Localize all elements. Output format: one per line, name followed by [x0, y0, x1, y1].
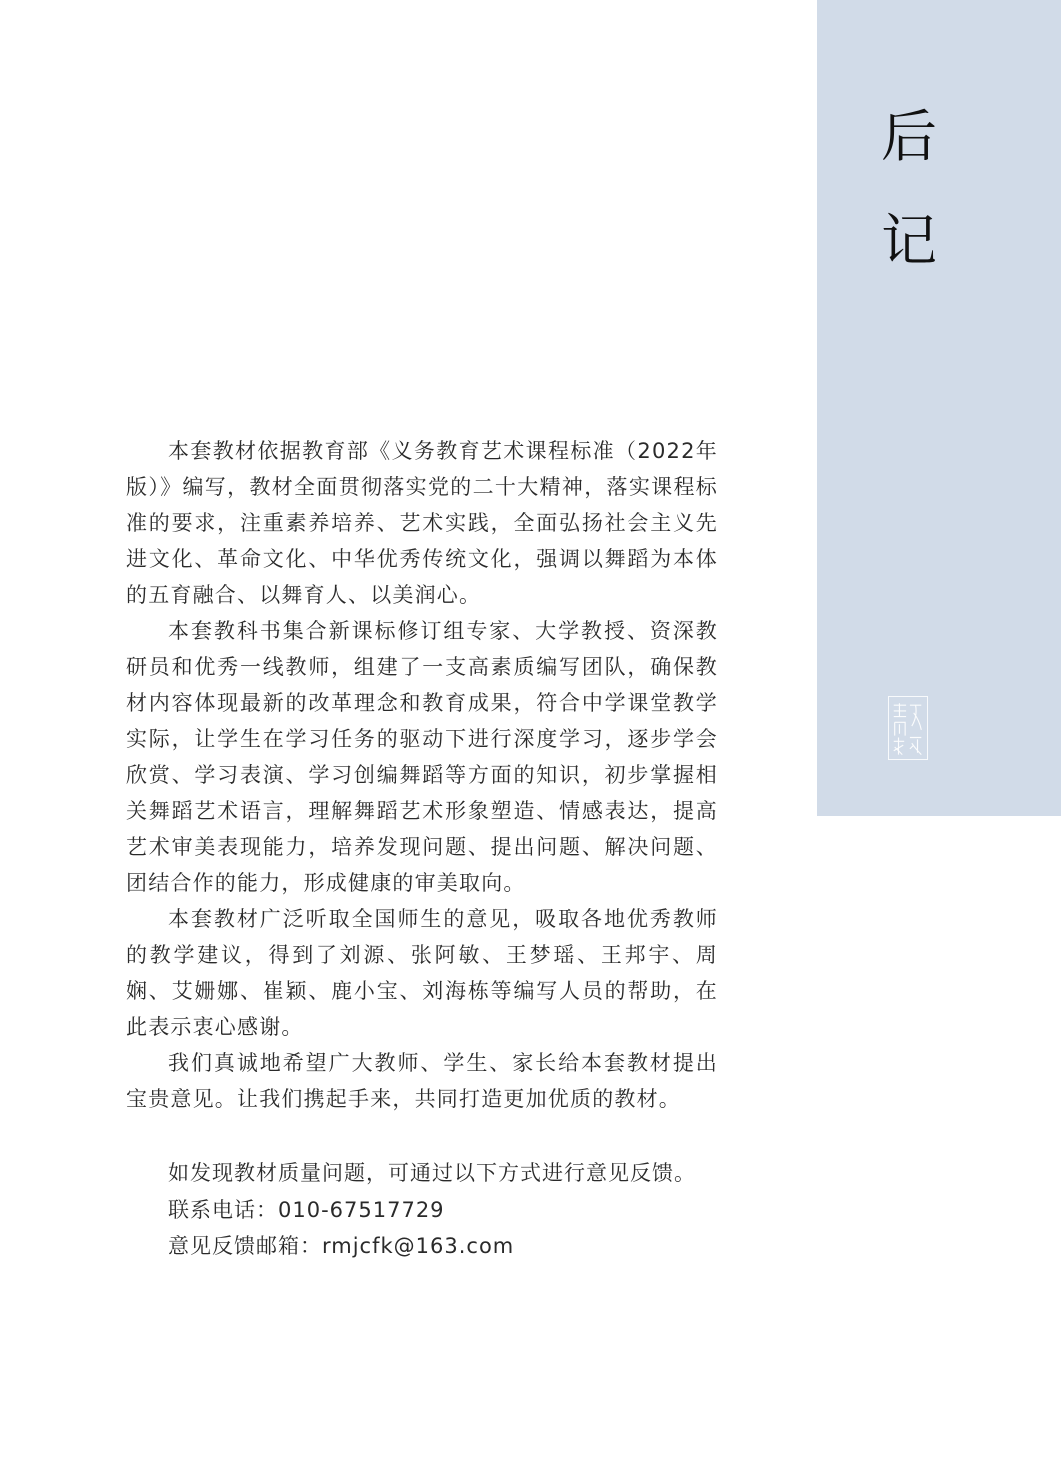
side-panel: 后 记	[817, 0, 1061, 816]
email-address[interactable]: rmjcfk@163.com	[322, 1234, 514, 1258]
title-char-ji: 记	[879, 212, 939, 272]
paragraph-1: 本套教材依据教育部《义务教育艺术课程标准（2022年版）》编写，教材全面贯彻落实…	[126, 433, 718, 613]
phone-line: 联系电话：010-67517729	[168, 1192, 728, 1229]
paragraph-3: 本套教材广泛听取全国师生的意见，吸取各地优秀教师的教学建议，得到了刘源、张阿敏、…	[126, 901, 718, 1045]
feedback-intro: 如发现教材质量问题，可通过以下方式进行意见反馈。	[168, 1155, 728, 1192]
email-label: 意见反馈邮箱：	[168, 1234, 322, 1258]
title-char-hou: 后	[879, 108, 939, 168]
afterword-body: 本套教材依据教育部《义务教育艺术课程标准（2022年版）》编写，教材全面贯彻落实…	[126, 433, 718, 1117]
feedback-contact: 如发现教材质量问题，可通过以下方式进行意见反馈。 联系电话：010-675177…	[168, 1155, 728, 1265]
seal-stamp-icon	[888, 696, 928, 760]
paragraph-4: 我们真诚地希望广大教师、学生、家长给本套教材提出宝贵意见。让我们携起手来，共同打…	[126, 1045, 718, 1117]
paragraph-2: 本套教科书集合新课标修订组专家、大学教授、资深教研员和优秀一线教师，组建了一支高…	[126, 613, 718, 901]
phone-number[interactable]: 010-67517729	[278, 1198, 445, 1222]
phone-label: 联系电话：	[168, 1198, 278, 1222]
email-line: 意见反馈邮箱：rmjcfk@163.com	[168, 1228, 728, 1265]
